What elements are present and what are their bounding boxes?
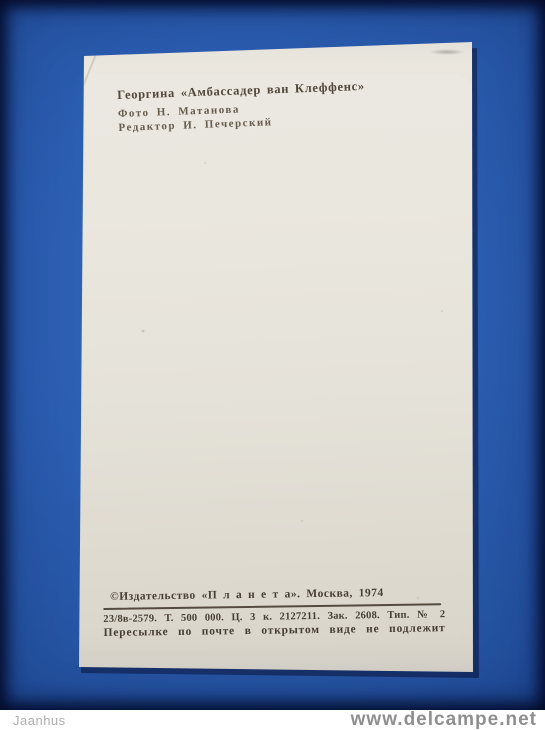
title-block: Георгина «Амбассадер ван Клеффенс» Фото … xyxy=(117,79,366,135)
seller-watermark: Jaanhus xyxy=(13,713,66,728)
delcampe-watermark: www.delcampe.net xyxy=(351,709,537,730)
listing-photo: Георгина «Амбассадер ван Клеффенс» Фото … xyxy=(0,0,545,730)
watermark-strip: Jaanhus www.delcampe.net xyxy=(0,710,545,730)
imprint-block: ©Издательство «П л а н е т а». Москва, 1… xyxy=(103,586,446,640)
blue-background: Георгина «Амбассадер ван Клеффенс» Фото … xyxy=(0,0,545,710)
